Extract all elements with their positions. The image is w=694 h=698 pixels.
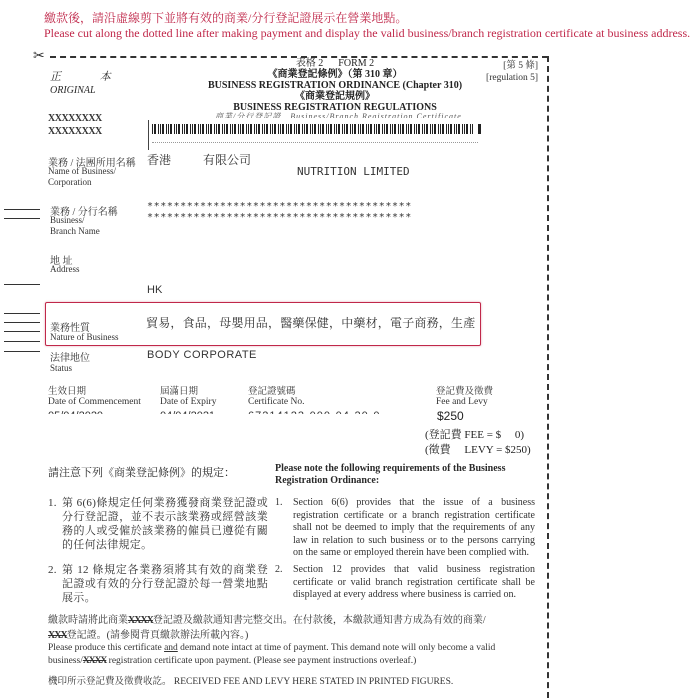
payment-instruction-en-2: business/XXXX registration certificate u… — [48, 656, 416, 666]
form-title-block: 表格 2 FORM 2 《商業登記條例》（第 310 章） BUSINESS R… — [180, 58, 490, 113]
business-name-label-en-2: Corporation — [48, 177, 92, 188]
text: registration certificate upon payment. (… — [106, 656, 416, 666]
note-number: 2. — [275, 564, 283, 577]
status-value: BODY CORPORATE — [147, 349, 257, 361]
address-value: HK — [147, 284, 162, 296]
text: 登記證及繳款通知書完整交出。在付款後，本繳款通知書方成為有效的商業/ — [153, 615, 486, 626]
branch-name-value-2: **************************************** — [147, 212, 412, 223]
note-number: 2. — [48, 563, 57, 577]
payment-instruction-zh-2: XXX登記證。(請參閱背頁繳款辦法所載內容。) — [48, 626, 248, 641]
cut-instruction-zh: 繳款後，請沿虛線剪下並將有效的商業/分行登記證展示在營業地點。 — [44, 9, 407, 26]
note-2-zh: 2. 第 12 條規定各業務須將其有效的商業登記證或有效的分行登記證於每一營業地… — [48, 563, 268, 605]
note-2-en: 2. Section 12 provides that valid busine… — [275, 564, 535, 602]
text: business/ — [48, 656, 83, 666]
barcode — [152, 124, 474, 134]
status-label-en: Status — [50, 363, 72, 374]
note-1-zh: 1. 第 6(6)條規定任何業務獲發商業登記證或分行登記證，並不表示該業務或經營… — [48, 496, 268, 552]
business-name-label-en: Name of Business/ — [48, 166, 116, 177]
business-name-zh-prefix: 香港 — [147, 151, 171, 168]
fee-levy-label-en: Fee and Levy — [436, 397, 488, 407]
regulation-ref-en: [regulation 5] — [478, 72, 538, 84]
text: 登記證。(請參閱背頁繳款辦法所載內容。) — [67, 630, 249, 641]
certificate-no-value: 67214123-000-04-20-0 — [248, 410, 381, 414]
copy-label-en: ORIGINAL — [50, 85, 96, 96]
note-number: 1. — [275, 497, 283, 510]
commencement-label-en: Date of Commencement — [48, 397, 141, 407]
levy-line: (徵費 LEVY = $250) — [425, 441, 531, 457]
business-name-zh-suffix: 有限公司 — [203, 151, 251, 168]
redacted-text: XXXX — [128, 615, 153, 626]
margin-mark — [4, 284, 40, 285]
barcode-underline — [152, 142, 478, 143]
text: demand note intact at time of payment. T… — [178, 643, 495, 653]
nature-value: 貿易，食品，母嬰用品，醫藥保健，中藥材，電子商務，生產 — [146, 314, 475, 331]
ordinance-en: BUSINESS REGISTRATION ORDINANCE (Chapter… — [180, 80, 490, 91]
status-label-zh: 法律地位 — [50, 349, 90, 364]
margin-mark — [4, 351, 40, 352]
form-number: 表格 2 FORM 2 — [180, 58, 490, 69]
text: Please produce this certificate — [48, 643, 164, 653]
nature-label-en: Nature of Business — [50, 332, 119, 343]
fee-levy-label-zh: 登記費及徵費 — [436, 383, 493, 397]
note-text: Section 6(6) provides that the issue of … — [293, 497, 535, 560]
commencement-value: 05/04/2020 — [48, 410, 103, 414]
expiry-label-en: Date of Expiry — [160, 397, 216, 407]
regulation-ref-zh: [第 5 條] — [478, 60, 538, 72]
barcode-divider — [148, 120, 149, 150]
note-text: 第 6(6)條規定任何業務獲發商業登記證或分行登記證，並不表示該業務或經營該業務… — [62, 496, 268, 552]
certificate-no-label-zh: 登記證號碼 — [248, 383, 296, 397]
received-statement: 機印所示登記費及徵費收訖。 RECEIVED FEE AND LEVY HERE… — [48, 673, 453, 687]
redacted-text: XXX — [48, 630, 67, 641]
note-text: Section 12 provides that valid business … — [293, 564, 535, 602]
margin-mark — [4, 218, 40, 219]
redacted-text: XXXX — [83, 656, 106, 666]
cut-line-right — [547, 56, 549, 698]
certificate-title: 商業/分行登記證 Business/Branch Registration Ce… — [215, 111, 462, 118]
address-label-en: Address — [50, 264, 80, 275]
expiry-label-zh: 屆滿日期 — [160, 383, 198, 397]
note-1-en: 1. Section 6(6) provides that the issue … — [275, 497, 535, 560]
regulations-zh: 《商業登記規例》 — [180, 91, 490, 102]
note-text: 第 12 條規定各業務須將其有效的商業登記證或有效的分行登記證於每一營業地點展示… — [62, 563, 268, 605]
text: and — [164, 643, 178, 653]
note-number: 1. — [48, 496, 57, 510]
margin-mark — [4, 209, 40, 210]
expiry-value: 04/04/2021 — [160, 410, 215, 414]
margin-mark — [4, 322, 40, 323]
fee-line: (登記費 FEE = $ 0) — [425, 426, 524, 442]
branch-name-label-en: Business/ — [50, 215, 85, 226]
branch-name-value: **************************************** — [147, 201, 412, 212]
ordinance-zh: 《商業登記條例》（第 310 章） — [180, 69, 490, 80]
ref-code: XXXXXXXX — [48, 113, 102, 124]
scissors-icon: ✂ — [33, 48, 45, 65]
branch-name-label-en-2: Branch Name — [50, 226, 100, 237]
payment-instruction-zh-1: 繳款時請將此商業XXXX登記證及繳款通知書完整交出。在付款後，本繳款通知書方成為… — [48, 611, 486, 626]
regulation-reference: [第 5 條] [regulation 5] — [478, 60, 538, 84]
ref-code: XXXXXXXX — [48, 126, 102, 137]
business-name-en: NUTRITION LIMITED — [297, 165, 410, 178]
payment-instruction-en-1: Please produce this certificate and dema… — [48, 643, 495, 653]
margin-mark — [4, 313, 40, 314]
margin-mark — [4, 341, 40, 342]
cut-instruction-en: Please cut along the dotted line after m… — [44, 26, 690, 41]
text: 繳款時請將此商業 — [48, 615, 128, 626]
notes-header-zh: 請注意下列《商業登記條例》的規定： — [48, 464, 235, 480]
notes-header-en: Please note the following requirements o… — [275, 463, 535, 487]
fee-levy-total: $250 — [437, 409, 464, 423]
barcode-end-mark — [478, 124, 481, 134]
margin-mark — [4, 331, 40, 332]
commencement-label-zh: 生效日期 — [48, 383, 86, 397]
certificate-no-label-en: Certificate No. — [248, 397, 304, 407]
copy-label-zh: 正 本 — [50, 68, 129, 84]
